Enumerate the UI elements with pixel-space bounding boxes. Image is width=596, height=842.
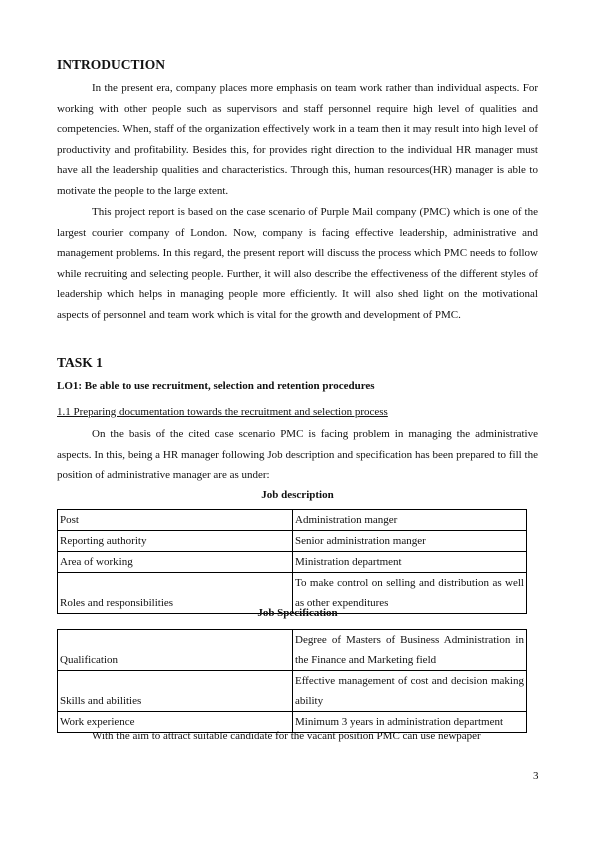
table-row: Skills and abilitiesEffective management… xyxy=(58,671,527,712)
page-number: 3 xyxy=(533,770,539,782)
task-paragraph: On the basis of the cited case scenario … xyxy=(57,424,538,486)
table-row: QualificationDegree of Masters of Busine… xyxy=(58,630,527,671)
job-specification-table: QualificationDegree of Masters of Busine… xyxy=(57,629,527,733)
table-row: Area of working Ministration department xyxy=(58,552,527,573)
learning-outcome-heading: LO1: Be able to use recruitment, selecti… xyxy=(57,380,375,392)
job-specification-caption: Job Specification xyxy=(57,607,538,619)
continuation-paragraph: With the aim to attract suitable candida… xyxy=(57,726,538,747)
intro-paragraph-2: This project report is based on the case… xyxy=(57,202,538,326)
section-subheading: 1.1 Preparing documentation towards the … xyxy=(57,406,388,418)
job-description-table: PostAdministration manger Reporting auth… xyxy=(57,509,527,614)
table-row: PostAdministration manger xyxy=(58,510,527,531)
task-heading: TASK 1 xyxy=(57,355,103,371)
intro-paragraph-1: In the present era, company places more … xyxy=(57,78,538,202)
intro-heading: INTRODUCTION xyxy=(57,57,165,73)
job-description-caption: Job description xyxy=(57,489,538,501)
table-row: Reporting authoritySenior administration… xyxy=(58,531,527,552)
